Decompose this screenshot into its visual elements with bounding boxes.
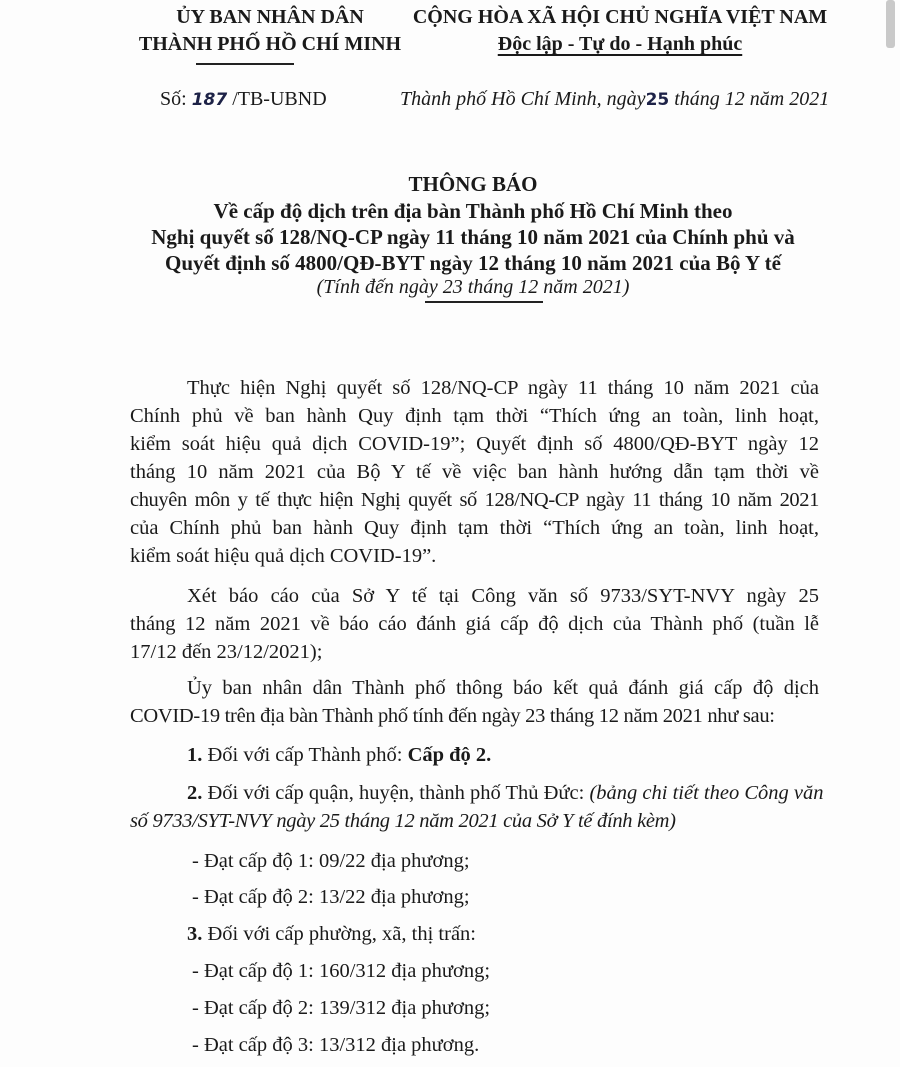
paragraph-line: tháng 12 năm 2021 về báo cáo đánh giá cấ… (130, 613, 819, 636)
paragraph-line: chuyên môn y tế thực hiện Nghị quyết số … (130, 489, 819, 512)
paragraph-line: tháng 10 năm 2021 của Bộ Y tế về việc ba… (130, 461, 819, 484)
subtitle-underline (425, 301, 543, 303)
document-number: Số: 187 /TB-UBND (160, 88, 327, 111)
item-3: 3. Đối với cấp phường, xã, thị trấn: (187, 923, 476, 946)
doc-number-prefix: Số: (160, 88, 187, 110)
document-title: THÔNG BÁO (0, 172, 900, 197)
item-3-number: 3. (187, 923, 202, 945)
doc-number-handwritten: 187 (192, 90, 228, 110)
issuer-line1: ỦY BAN NHÂN DÂN (140, 6, 400, 29)
item-1-text: Đối với cấp Thành phố: (208, 744, 403, 766)
date-prefix: Thành phố Hồ Chí Minh, ngày (400, 88, 646, 110)
paragraph-line: kiểm soát hiệu quả dịch COVID-19”; Quyết… (130, 433, 819, 456)
national-title: CỘNG HÒA XÃ HỘI CHỦ NGHĨA VIỆT NAM (405, 6, 835, 29)
date-suffix: tháng 12 năm 2021 (674, 88, 829, 110)
item-1-level: Cấp độ 2. (408, 744, 492, 766)
item-2: 2. Đối với cấp quận, huyện, thành phố Th… (187, 782, 823, 805)
title-subtitle: (Tính đến ngày 23 tháng 12 năm 2021) (0, 276, 900, 299)
item-2-bullet: - Đạt cấp độ 2: 13/22 địa phương; (192, 886, 470, 909)
issuer-underline (196, 63, 294, 65)
item-2-number: 2. (187, 782, 202, 804)
item-3-bullet: - Đạt cấp độ 2: 139/312 địa phương; (192, 997, 490, 1020)
issuer-line2: THÀNH PHỐ HỒ CHÍ MINH (120, 33, 420, 56)
paragraph-line: Thực hiện Nghị quyết số 128/NQ-CP ngày 1… (187, 377, 819, 400)
item-3-bullet: - Đạt cấp độ 3: 13/312 địa phương. (192, 1034, 479, 1057)
paragraph-line: 17/12 đến 23/12/2021); (130, 641, 322, 664)
title-line1: Về cấp độ dịch trên địa bàn Thành phố Hồ… (0, 199, 900, 224)
item-3-text: Đối với cấp phường, xã, thị trấn: (208, 923, 477, 945)
paragraph-line: Xét báo cáo của Sở Y tế tại Công văn số … (187, 585, 819, 608)
title-line2: Nghị quyết số 128/NQ-CP ngày 11 tháng 10… (0, 225, 900, 250)
paragraph-line: kiểm soát hiệu quả dịch COVID-19”. (130, 545, 436, 568)
title-line3: Quyết định số 4800/QĐ-BYT ngày 12 tháng … (0, 251, 900, 276)
paragraph-line: Ủy ban nhân dân Thành phố thông báo kết … (187, 677, 819, 700)
scrollbar-thumb[interactable] (886, 0, 895, 48)
national-motto: Độc lập - Tự do - Hạnh phúc (405, 33, 835, 56)
doc-number-suffix: /TB-UBND (232, 88, 326, 110)
document-date: Thành phố Hồ Chí Minh, ngày25 tháng 12 n… (400, 88, 829, 111)
paragraph-line: COVID-19 trên địa bàn Thành phố tính đến… (130, 705, 775, 728)
paragraph-line: của Chính phủ ban hành Quy định tạm thời… (130, 517, 819, 540)
item-1-number: 1. (187, 744, 202, 766)
item-1: 1. Đối với cấp Thành phố: Cấp độ 2. (187, 744, 491, 767)
item-2-note: (bảng chi tiết theo Công văn (589, 782, 823, 804)
item-2-text: Đối với cấp quận, huyện, thành phố Thủ Đ… (208, 782, 585, 804)
item-2-note-line2: số 9733/SYT-NVY ngày 25 tháng 12 năm 202… (130, 810, 676, 833)
item-2-bullet: - Đạt cấp độ 1: 09/22 địa phương; (192, 850, 470, 873)
date-day-handwritten: 25 (646, 90, 670, 110)
item-3-bullet: - Đạt cấp độ 1: 160/312 địa phương; (192, 960, 490, 983)
paragraph-line: Chính phủ về ban hành Quy định tạm thời … (130, 405, 819, 428)
